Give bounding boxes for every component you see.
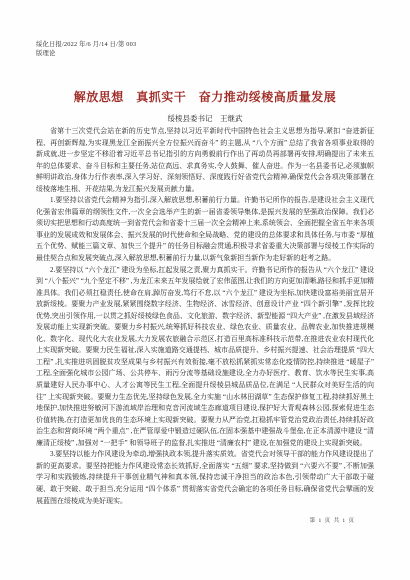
masthead-section: 版理论 (36, 49, 136, 58)
article-byline: 绥棱县委书记 王继武 (0, 113, 410, 124)
article-body: 省第十三次党代会站在新的历史节点,坚持以习近平新时代中国特色社会主义思想为指导,… (36, 126, 374, 507)
masthead: 绥化日报/2022 年/6 月/14 日/第 003 版理论 (36, 40, 136, 58)
paragraph-intro: 省第十三次党代会站在新的历史节点,坚持以习近平新时代中国特色社会主义思想为指导,… (36, 126, 374, 195)
document-page: 绥化日报/2022 年/6 月/14 日/第 003 版理论 解放思想 真抓实干… (0, 0, 410, 580)
paragraph-point-2: 2.要坚持以 “六个龙江” 建设为坐标,扛起发展之责,聚力真抓实干。许勤书记所作… (36, 265, 374, 450)
paragraph-point-1: 1.要坚持以省党代会精神为指引,深入解放思想,积蓄前行力量。许勤书记所作的报告,… (36, 195, 374, 264)
article-title: 解放思想 真抓实干 奋力推动绥棱高质量发展 (0, 88, 410, 105)
masthead-source-date: 绥化日报/2022 年/6 月/14 日/第 003 (36, 40, 136, 49)
paragraph-point-3: 3.要坚持以能力作风建设为牵动,增强执政本领,提升落实质效。省党代会对领导干部的… (36, 449, 374, 507)
page-number: 第 1 页 共 1 页 (310, 516, 355, 524)
